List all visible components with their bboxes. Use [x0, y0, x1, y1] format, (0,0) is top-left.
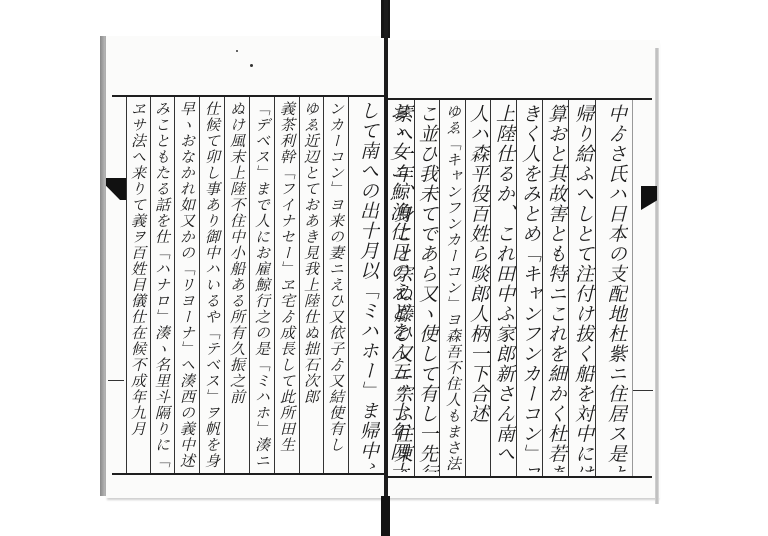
- column-rule: [150, 97, 151, 473]
- text-column: ヱサ法へ来りて義ヲ百姓目儀仕在候不成年九月: [127, 101, 150, 469]
- text-column: ゆゑ「キャンフンカーコン」ヨ森吾不住人もまさ法々柄: [441, 104, 465, 472]
- text-column: 人ハ森平役百姓ら啖郎人柄一下合述: [467, 104, 490, 472]
- margin-tick: [633, 390, 653, 391]
- text-column: 帰り給ふへしとて注付け拔く船を対中には: [571, 104, 595, 472]
- text-column: 中ゟさ氏ハ日本の支配地杜紫ニ住居ス是より: [602, 104, 628, 472]
- column-rule: [632, 100, 633, 476]
- text-column: 上陸仕るか、これ田中ふ家郎新さん南へ: [492, 104, 516, 472]
- paper-speck: [236, 50, 238, 52]
- left-page-text-frame: して南への出十月以「ミハホー」ま帰中ふ「キャンフ ンカーコン」ヨ来の妻ニえひ又依…: [112, 95, 384, 475]
- text-column: おヽ女ニ鯨漁仕日のえどをん五ヶ十年四十日計: [388, 102, 410, 470]
- paper-speck: [250, 64, 253, 67]
- text-column: して南への出十月以「ミハホー」ま帰中ふ「キャンフ: [354, 101, 380, 469]
- text-column: きく人をみとめ「キャンフンカーコン」ヨり義を伴ひ: [518, 104, 542, 472]
- text-column: 早ヽおなかれ如又かの「リヨーナ」ヘ湊西の義中述: [176, 101, 199, 469]
- column-rule: [439, 100, 440, 476]
- column-rule: [274, 97, 275, 473]
- column-rule: [465, 100, 466, 476]
- column-rule: [323, 97, 324, 473]
- column-rule: [299, 97, 300, 473]
- text-column: 「デベス」まで人にお雇鯨行之の是「ミハホ」湊ニ表: [251, 101, 274, 469]
- column-rule: [542, 100, 543, 476]
- text-column: こ並ひ我未てであら又ヽ使して有し一先行: [416, 104, 439, 472]
- text-column: ンカーコン」ヨ来の妻ニえひ又依子ゟ又結使有し: [325, 101, 348, 469]
- column-rule: [490, 100, 491, 476]
- column-rule: [224, 97, 225, 473]
- right-page-edge: [655, 48, 659, 504]
- right-page-text-frame: 中ゟさ氏ハ日本の支配地杜紫ニ住居ス是より 帰り給ふへしとて注付け拔く船を対中には…: [388, 98, 652, 478]
- column-rule: [568, 100, 569, 476]
- margin-tick: [108, 380, 124, 381]
- spine-bottom: [381, 496, 390, 536]
- text-column: ゆゑ近辺とておあき見我上陸仕ぬ拙石次郎: [301, 101, 323, 469]
- manuscript-spread: 中ゟさ氏ハ日本の支配地杜紫ニ住居ス是より 帰り給ふへしとて注付け拔く船を対中には…: [0, 0, 768, 536]
- text-column: 義茶利幹「フイナセー」ヱ宅ゟ成長して此所田生: [276, 101, 299, 469]
- column-rule: [348, 97, 349, 473]
- column-rule: [516, 100, 517, 476]
- text-column: みこともたる話を仕「ハナロ」湊ヽ名里斗隔りに「ミリノ」: [152, 101, 174, 469]
- text-column: 算おと其故害とも特ニこれを細かく杜若あり: [544, 104, 568, 472]
- text-column: ぬけ風末上陸不住中小船ある所有久振之前: [226, 101, 249, 469]
- column-rule: [414, 100, 415, 476]
- column-rule: [249, 97, 250, 473]
- text-column: 仕候て卯し事あり御中ハいるや「テベス」ヲ帆を身: [201, 101, 224, 469]
- column-rule: [174, 97, 175, 473]
- column-rule: [595, 100, 596, 476]
- column-rule: [199, 97, 200, 473]
